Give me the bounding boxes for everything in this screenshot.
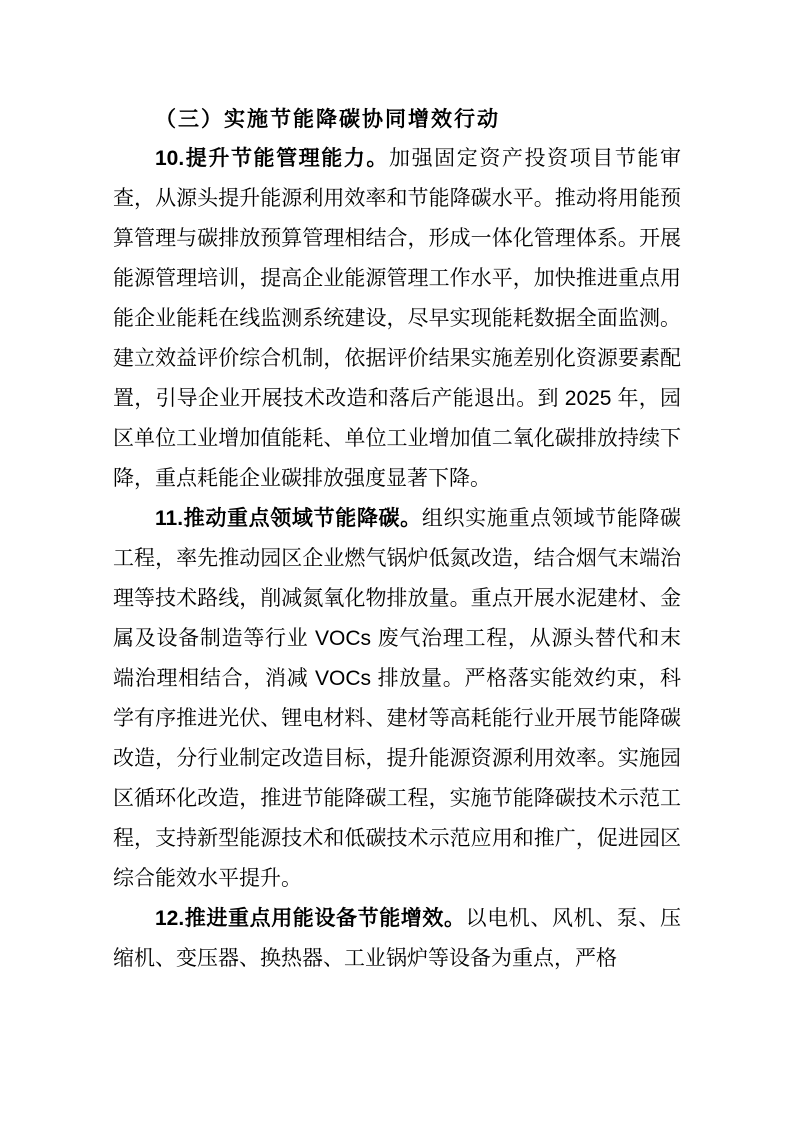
paragraph-10-body: 加强固定资产投资项目节能审查，从源头提升能源利用效率和节能降碳水平。推动将用能预… [113, 147, 681, 490]
paragraph-10: 10.提升节能管理能力。加强固定资产投资项目节能审查，从源头提升能源利用效率和节… [113, 139, 681, 499]
paragraph-12: 12.推进重点用能设备节能增效。以电机、风机、泵、压缩机、变压器、换热器、工业锅… [113, 899, 681, 979]
document-page: （三）实施节能降碳协同增效行动 10.提升节能管理能力。加强固定资产投资项目节能… [0, 0, 793, 1122]
paragraph-11: 11.推动重点领域节能降碳。组织实施重点领域节能降碳工程，率先推动园区企业燃气锅… [113, 499, 681, 899]
paragraph-10-lead: 10.提升节能管理能力。 [155, 147, 389, 170]
paragraph-12-lead: 12.推进重点用能设备节能增效。 [155, 907, 466, 930]
section-heading: （三）实施节能降碳协同增效行动 [113, 99, 681, 139]
paragraph-11-body: 组织实施重点领域节能降碳工程，率先推动园区企业燃气锅炉低氮改造，结合烟气末端治理… [113, 507, 681, 890]
paragraph-11-lead: 11.推动重点领域节能降碳。 [155, 507, 422, 530]
